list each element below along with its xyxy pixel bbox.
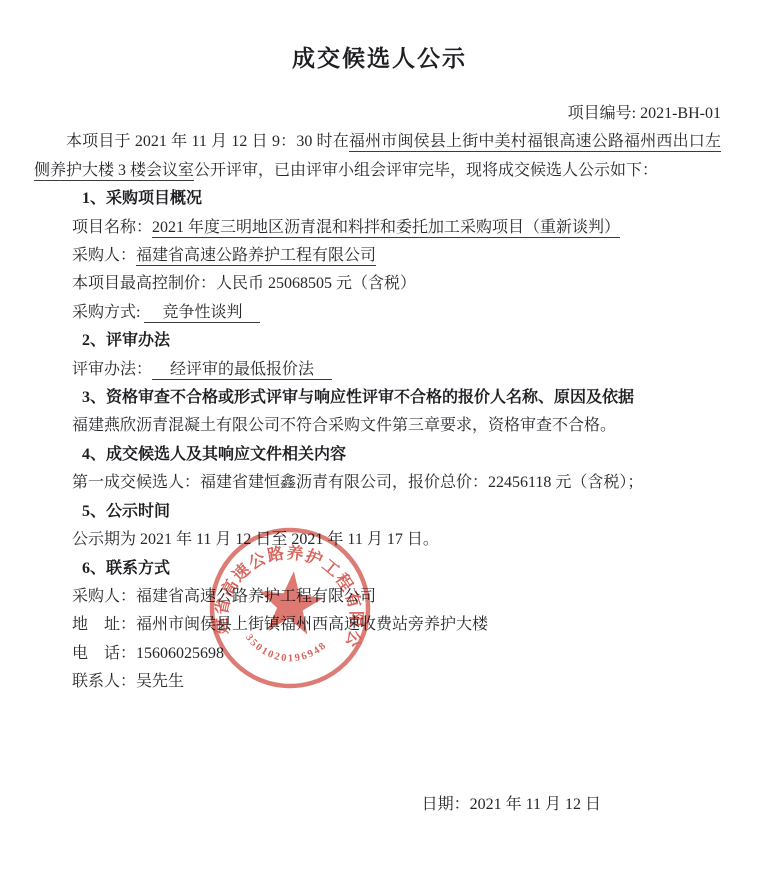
publicity-period-text: 公示期为 2021 年 11 月 12 日至 2021 年 11 月 17 日。 <box>72 526 725 554</box>
field-label: 采购人： <box>72 588 136 605</box>
section-heading-5: 5、公示时间 <box>82 498 725 526</box>
field-value: 福建省高速公路养护工程有限公司 <box>136 247 376 266</box>
field-review-method: 评审办法：经评审的最低报价法 <box>72 356 725 384</box>
field-value: 福州市闽侯县上街镇福州西高速收费站旁养护大楼 <box>136 616 488 633</box>
field-label: 电 话： <box>72 645 136 662</box>
intro-pre: 本项目于 2021 年 11 月 12 日 9：30 时在 <box>66 133 349 150</box>
field-label: 联系人： <box>72 673 136 690</box>
disqualified-bidder-text: 福建燕欣沥青混凝土有限公司不符合采购文件第三章要求，资格审查不合格。 <box>72 412 725 440</box>
project-number: 项目编号: 2021-BH-01 <box>34 100 725 128</box>
field-label: 采购方式: <box>72 304 144 321</box>
section-heading-6: 6、联系方式 <box>82 555 725 583</box>
field-label: 采购人： <box>72 247 136 264</box>
field-procurement-method: 采购方式: 竞争性谈判 <box>72 299 725 327</box>
document-page: 成交候选人公示 项目编号: 2021-BH-01 本项目于 2021 年 11 … <box>0 0 761 886</box>
intro-post: 公开评审，已由评审小组会评审完毕，现将成交候选人公示如下： <box>194 162 658 179</box>
field-value: 福建省高速公路养护工程有限公司 <box>136 588 376 605</box>
section-heading-1: 1、采购项目概况 <box>82 185 725 213</box>
section-heading-2: 2、评审办法 <box>82 327 725 355</box>
field-purchaser: 采购人：福建省高速公路养护工程有限公司 <box>72 242 725 270</box>
intro-paragraph: 本项目于 2021 年 11 月 12 日 9：30 时在福州市闽侯县上街中美村… <box>34 128 725 185</box>
document-title: 成交候选人公示 <box>34 42 725 76</box>
contact-phone: 电 话：15606025698 <box>72 640 725 668</box>
field-label: 本项目最高控制价： <box>72 275 216 292</box>
field-project-name: 项目名称：2021 年度三明地区沥青混和料拌和委托加工采购项目（重新谈判） <box>72 214 725 242</box>
field-label: 地 址： <box>72 616 136 633</box>
field-value: 竞争性谈判 <box>144 304 260 323</box>
contact-person: 联系人：吴先生 <box>72 668 725 696</box>
date-line: 日期：2021 年 11 月 12 日 <box>34 791 725 819</box>
section-heading-3: 3、资格审查不合格或形式评审与响应性评审不合格的报价人名称、原因及依据 <box>82 384 725 412</box>
field-value: 经评审的最低报价法 <box>152 361 332 380</box>
field-value: 人民币 25068505 元（含税） <box>216 275 416 292</box>
field-value: 2021 年度三明地区沥青混和料拌和委托加工采购项目（重新谈判） <box>152 219 620 238</box>
field-value: 吴先生 <box>136 673 184 690</box>
field-label: 评审办法： <box>72 361 152 378</box>
field-label: 项目名称： <box>72 219 152 236</box>
contact-purchaser: 采购人：福建省高速公路养护工程有限公司 <box>72 583 725 611</box>
field-max-price: 本项目最高控制价：人民币 25068505 元（含税） <box>72 270 725 298</box>
winning-candidate-text: 第一成交候选人：福建省建恒鑫沥青有限公司，报价总价：22456118 元（含税）… <box>72 469 725 497</box>
field-value: 15606025698 <box>136 645 224 662</box>
section-heading-4: 4、成交候选人及其响应文件相关内容 <box>82 441 725 469</box>
contact-address: 地 址：福州市闽侯县上街镇福州西高速收费站旁养护大楼 <box>72 611 725 639</box>
